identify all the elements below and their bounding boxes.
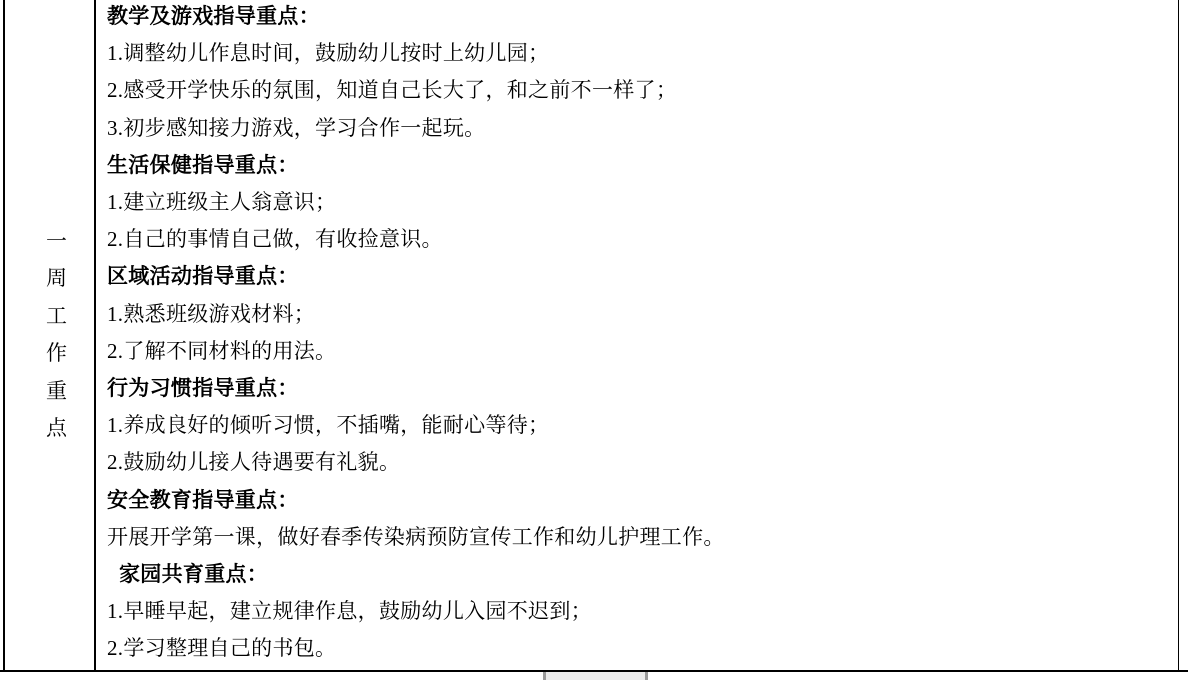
content-line: 2.自己的事情自己做，有收捡意识。 (107, 221, 1176, 258)
section-heading-home-school: 家园共育重点： (107, 556, 1176, 593)
content-line: 开展开学第一课，做好春季传染病预防宣传工作和幼儿护理工作。 (107, 519, 1176, 556)
content-cell: 教学及游戏指导重点： 1.调整幼儿作息时间，鼓励幼儿按时上幼儿园； 2.感受开学… (96, 0, 1176, 668)
content-line: 1.养成良好的倾听习惯，不插嘴，能耐心等待； (107, 407, 1176, 444)
content-line: 2.鼓励幼儿接人待遇要有礼貌。 (107, 444, 1176, 481)
row-header-week-focus: 一 周 工 作 重 点 (5, 0, 94, 670)
row-header-char: 工 (46, 298, 67, 336)
section-heading-behavior-habits: 行为习惯指导重点： (107, 370, 1176, 407)
content-line: 1.调整幼儿作息时间，鼓励幼儿按时上幼儿园； (107, 35, 1176, 72)
content-line: 3.初步感知接力游戏，学习合作一起玩。 (107, 110, 1176, 147)
section-heading-safety-education: 安全教育指导重点： (107, 482, 1176, 519)
next-page-fragment (543, 672, 648, 680)
content-line: 2.了解不同材料的用法。 (107, 333, 1176, 370)
section-heading-health-care: 生活保健指导重点： (107, 147, 1176, 184)
section-heading-area-activities: 区域活动指导重点： (107, 258, 1176, 295)
row-header-char: 点 (46, 410, 67, 448)
row-header-char: 重 (46, 373, 67, 411)
document-page: 一 周 工 作 重 点 教学及游戏指导重点： 1.调整幼儿作息时间，鼓励幼儿按时… (0, 0, 1188, 680)
content-line: 1.早睡早起，建立规律作息，鼓励幼儿入园不迟到； (107, 593, 1176, 630)
content-line: 2.感受开学快乐的氛围，知道自己长大了，和之前不一样了； (107, 72, 1176, 109)
row-header-char: 作 (46, 335, 67, 373)
section-heading-teaching-games: 教学及游戏指导重点： (107, 0, 1176, 35)
content-line: 2.学习整理自己的书包。 (107, 630, 1176, 667)
table-border-right (1178, 0, 1179, 671)
content-line: 1.建立班级主人翁意识； (107, 184, 1176, 221)
row-header-char: 一 (46, 223, 67, 261)
content-line: 1.熟悉班级游戏材料； (107, 296, 1176, 333)
row-header-char: 周 (46, 260, 67, 298)
